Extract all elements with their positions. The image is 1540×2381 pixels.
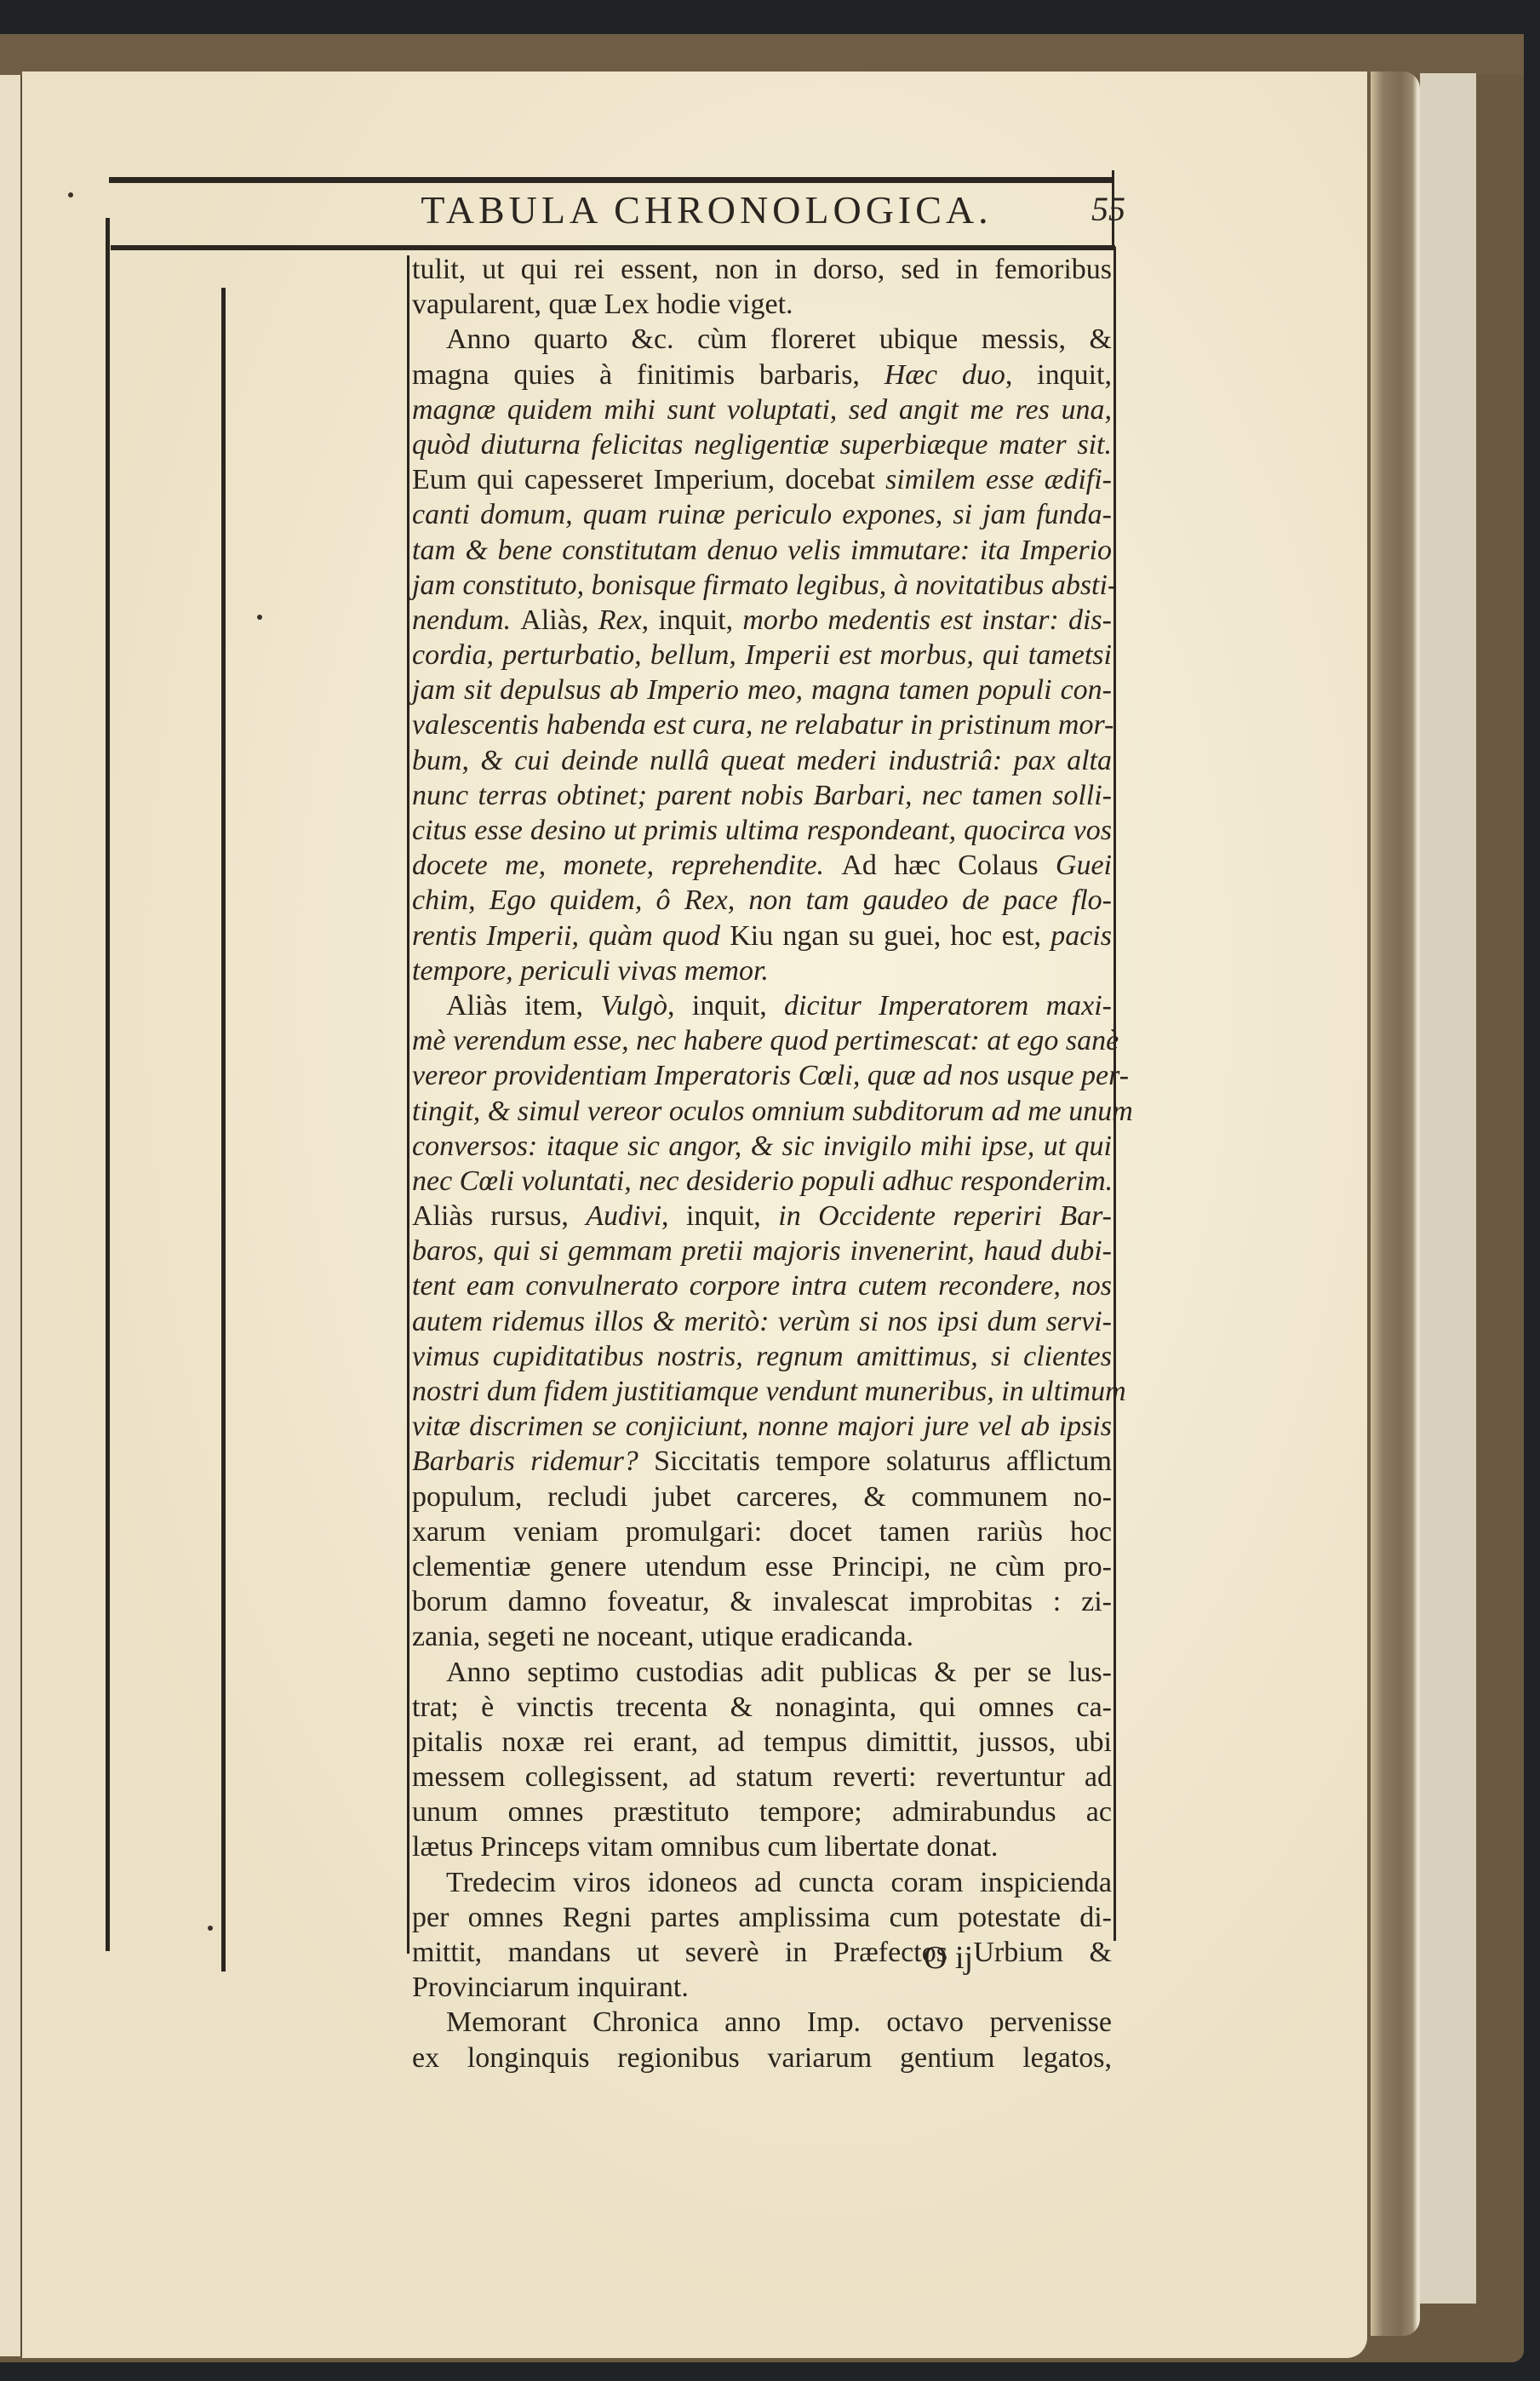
text-line: clementiæ genere utendum esse Principi, … bbox=[412, 1549, 1112, 1584]
roman-segment: magna quies à finitimis barbaris, bbox=[412, 359, 884, 391]
margin-dot bbox=[208, 1926, 213, 1931]
page-number: 55 bbox=[1091, 189, 1125, 229]
roman-segment: , inquit, bbox=[667, 990, 784, 1022]
text-line: pitalis noxæ rei erant, ad tempus dimitt… bbox=[412, 1725, 1112, 1760]
italic-segment: Barbaris ridemur? bbox=[412, 1445, 654, 1477]
text-line: chim, Ego quidem, ô Rex, non tam gaudeo … bbox=[412, 883, 1112, 918]
text-line: nec Cœli voluntati, nec desiderio populi… bbox=[412, 1164, 1112, 1199]
text-line: baros, qui si gemmam pretii majoris inve… bbox=[412, 1233, 1112, 1268]
text-line: tent eam convulnerato corpore intra cute… bbox=[412, 1268, 1112, 1303]
roman-segment: Eum qui capesseret Imperium, docebat bbox=[412, 464, 885, 495]
roman-segment: Aliàs rursus, bbox=[412, 1200, 586, 1232]
text-line: autem ridemus illos & meritò: verùm si n… bbox=[412, 1304, 1112, 1339]
page-fore-edge bbox=[1371, 72, 1420, 2336]
roman-segment: Ad hæc Colaus bbox=[841, 850, 1056, 881]
header-top-rule bbox=[109, 177, 1113, 183]
signature-mark: O ij bbox=[924, 1939, 973, 1977]
italic-segment: docete me, monete, reprehendite. bbox=[412, 850, 841, 881]
text-line: Provinciarum inquirant. bbox=[412, 1970, 1112, 2005]
text-line: bum, & cui deinde nullâ queat mederi ind… bbox=[412, 743, 1112, 778]
italic-segment: Hæc duo bbox=[884, 359, 1005, 391]
margin-dot bbox=[68, 192, 73, 197]
roman-segment: Kiu ngan su guei, hoc est, bbox=[730, 920, 1051, 952]
text-line: quòd diuturna felicitas negligentiæ supe… bbox=[412, 427, 1112, 462]
text-line: Anno quarto &c. cùm floreret ubique mess… bbox=[412, 322, 1112, 357]
text-line: ex longinquis regionibus variarum gentiu… bbox=[412, 2040, 1112, 2075]
text-line: tingit, & simul vereor oculos omnium sub… bbox=[412, 1094, 1112, 1129]
text-column-right-rule bbox=[1113, 247, 1116, 1941]
italic-segment: Vulgò bbox=[600, 990, 667, 1022]
italic-segment: dicitur Imperatorem maxi- bbox=[784, 990, 1112, 1022]
roman-segment: Aliàs, bbox=[520, 604, 598, 636]
roman-segment: Siccitatis tempore solaturus afflictum bbox=[654, 1445, 1112, 1477]
text-column-left-rule bbox=[407, 255, 409, 1954]
italic-segment: nendum. bbox=[412, 604, 520, 636]
running-header-title: TABULA CHRONOLOGICA. bbox=[323, 187, 1090, 232]
header-bottom-rule bbox=[111, 245, 1115, 250]
italic-segment: in Occidente reperiri Bar- bbox=[778, 1200, 1112, 1232]
text-line: jam constituto, bonisque firmato legibus… bbox=[412, 568, 1112, 603]
text-line: lætus Princeps vitam omnibus cum liberta… bbox=[412, 1829, 1112, 1864]
text-line: tam & bene constitutam denuo velis immut… bbox=[412, 533, 1112, 568]
text-line: vitæ discrimen se conjiciunt, nonne majo… bbox=[412, 1409, 1112, 1444]
outer-margin-rule bbox=[106, 218, 110, 1951]
roman-segment: , inquit, bbox=[1005, 359, 1112, 391]
italic-segment: Audivi bbox=[586, 1200, 661, 1232]
italic-segment: similem esse ædifi- bbox=[885, 464, 1112, 495]
text-line: cordia, perturbatio, bellum, Imperii est… bbox=[412, 638, 1112, 673]
text-line: unum omnes præstituto tempore; admirabun… bbox=[412, 1794, 1112, 1829]
text-line: Barbaris ridemur? Siccitatis tempore sol… bbox=[412, 1444, 1112, 1479]
text-line: rentis Imperii, quàm quod Kiu ngan su gu… bbox=[412, 919, 1112, 953]
text-line: Memorant Chronica anno Imp. octavo perve… bbox=[412, 2005, 1112, 2040]
roman-segment: Aliàs item, bbox=[446, 990, 600, 1022]
text-line: nostri dum fidem justitiamque vendunt mu… bbox=[412, 1374, 1112, 1409]
book-cover-top bbox=[0, 34, 1524, 75]
italic-segment: Rex bbox=[598, 604, 642, 636]
previous-page-edge bbox=[0, 75, 22, 2356]
text-line: nunc terras obtinet; parent nobis Barbar… bbox=[412, 778, 1112, 813]
text-line: trat; è vinctis trecenta & nonaginta, qu… bbox=[412, 1690, 1112, 1725]
text-line: jam sit depulsus ab Imperio meo, magna t… bbox=[412, 673, 1112, 707]
roman-segment: , inquit, bbox=[661, 1200, 778, 1232]
text-line: vimus cupiditatibus nostris, regnum amit… bbox=[412, 1339, 1112, 1374]
text-line: canti domum, quam ruinæ periculo expones… bbox=[412, 497, 1112, 532]
italic-segment: rentis Imperii, quàm quod bbox=[412, 920, 730, 952]
text-line: docete me, monete, reprehendite. Ad hæc … bbox=[412, 848, 1112, 883]
text-line: magnæ quidem mihi sunt voluptati, sed an… bbox=[412, 392, 1112, 427]
margin-dot bbox=[257, 615, 262, 620]
flyleaf bbox=[1420, 73, 1476, 2304]
text-line: mè verendum esse, nec habere quod pertim… bbox=[412, 1023, 1112, 1058]
text-line: populum, recludi jubet carceres, & commu… bbox=[412, 1480, 1112, 1514]
text-line: conversos: itaque sic angor, & sic invig… bbox=[412, 1129, 1112, 1164]
text-line: xarum veniam promulgari: docet tamen rar… bbox=[412, 1514, 1112, 1549]
italic-segment: pacis bbox=[1051, 920, 1112, 952]
text-line: Aliàs rursus, Audivi, inquit, in Occiden… bbox=[412, 1199, 1112, 1233]
text-line: mittit, mandans ut severè in Præfectos U… bbox=[412, 1935, 1112, 1970]
text-line: vereor providentiam Imperatoris Cœli, qu… bbox=[412, 1058, 1112, 1093]
text-line: tulit, ut qui rei essent, non in dorso, … bbox=[412, 252, 1112, 287]
text-line: citus esse desino ut primis ultima respo… bbox=[412, 813, 1112, 848]
text-line: tempore, periculi vivas memor. bbox=[412, 953, 1112, 988]
text-line: zania, segeti ne noceant, utique eradica… bbox=[412, 1619, 1112, 1654]
text-line: Anno septimo custodias adit publicas & p… bbox=[412, 1655, 1112, 1690]
text-line: Tredecim viros idoneos ad cuncta coram i… bbox=[412, 1865, 1112, 1900]
inner-margin-rule bbox=[221, 288, 226, 1972]
text-line: vapularent, quæ Lex hodie viget. bbox=[412, 287, 1112, 322]
body-text: tulit, ut qui rei essent, non in dorso, … bbox=[412, 252, 1112, 2075]
text-line: Eum qui capesseret Imperium, docebat sim… bbox=[412, 462, 1112, 497]
text-line: messem collegissent, ad statum reverti: … bbox=[412, 1760, 1112, 1794]
roman-segment: , inquit, bbox=[642, 604, 743, 636]
italic-segment: Guei bbox=[1056, 850, 1112, 881]
text-line: borum damno foveatur, & invalescat impro… bbox=[412, 1584, 1112, 1619]
text-line: valescentis habenda est cura, ne relabat… bbox=[412, 707, 1112, 742]
italic-segment: morbo medentis est instar: dis- bbox=[742, 604, 1112, 636]
text-line: Aliàs item, Vulgò, inquit, dicitur Imper… bbox=[412, 988, 1112, 1023]
text-line: nendum. Aliàs, Rex, inquit, morbo medent… bbox=[412, 603, 1112, 638]
text-line: magna quies à finitimis barbaris, Hæc du… bbox=[412, 358, 1112, 392]
text-line: per omnes Regni partes amplissima cum po… bbox=[412, 1900, 1112, 1935]
